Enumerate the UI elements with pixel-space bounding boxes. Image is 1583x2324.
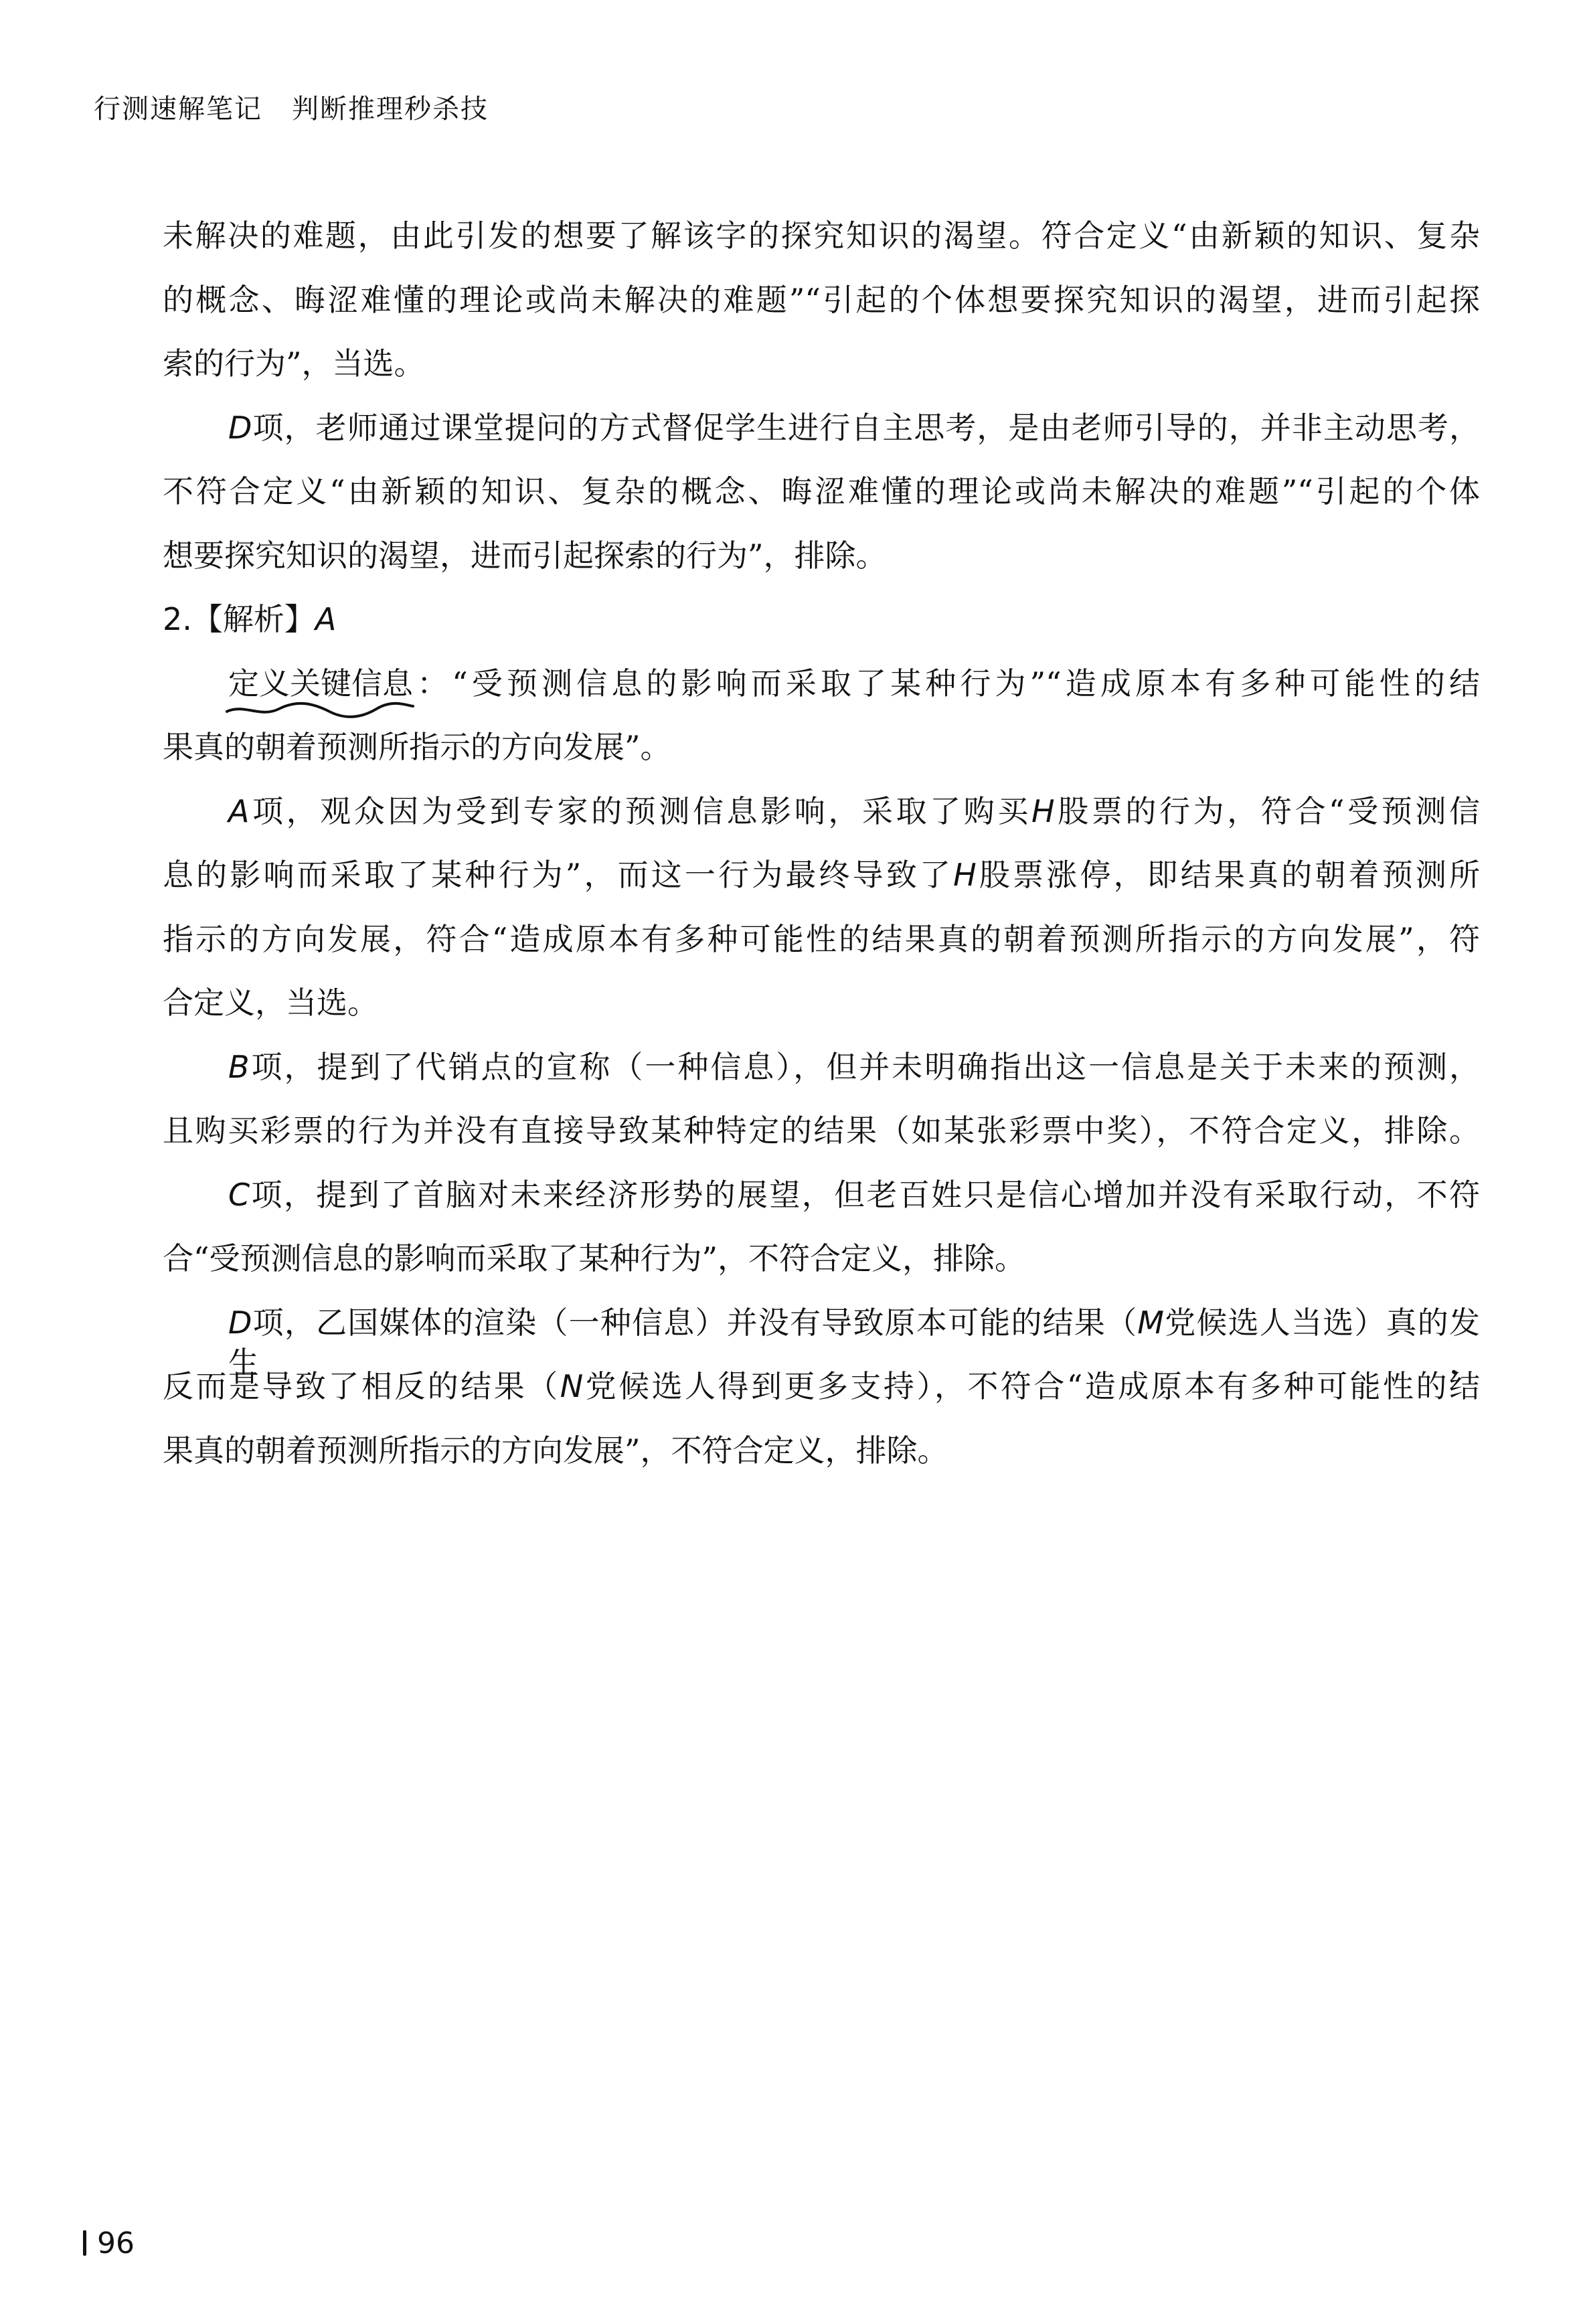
- line-text: 果真的朝着预测所指示的方向发展”，不符合定义，排除。: [163, 1432, 948, 1469]
- line-text: 未解决的难题，由此引发的想要了解该字的探究知识的渴望。符合定义“由新颖的知识、复…: [163, 218, 1480, 254]
- party-letter: N: [560, 1368, 583, 1404]
- line-text: 项，观众因为受到专家的预测信息影响，采取了购买: [249, 793, 1031, 829]
- text-line: 反而是导致了相反的结果（N党候选人得到更多支持），不符合“造成原本有多种可能性的…: [163, 1366, 1480, 1406]
- text-line: 合定义，当选。: [163, 983, 1480, 1023]
- key-info-label: 定义关键信息: [228, 665, 413, 701]
- page-number-bar: [83, 2230, 86, 2256]
- section-title: 判断推理秒杀技: [292, 94, 489, 124]
- line-text: 果真的朝着预测所指示的方向发展”。: [163, 729, 671, 765]
- line-text: 项，老师通过课堂提问的方式督促学生进行自主思考，是由老师引导的，并非主动思考，: [252, 410, 1480, 446]
- option-d-paragraph-line: D项，老师通过课堂提问的方式督促学生进行自主思考，是由老师引导的，并非主动思考，: [163, 408, 1480, 448]
- line-text: 项，提到了首脑对未来经济形势的展望，但老百姓只是信心增加并没有采取行动，不符: [250, 1177, 1480, 1213]
- line-text: 项，提到了代销点的宣称（一种信息），但并未明确指出这一信息是关于未来的预测，: [250, 1049, 1480, 1085]
- text-line: 的概念、晦涩难懂的理论或尚未解决的难题”“引起的个体想要探究知识的渴望，进而引起…: [163, 280, 1480, 320]
- key-info-label-wrap: 定义关键信息: [228, 663, 413, 703]
- text-line: 果真的朝着预测所指示的方向发展”。: [163, 727, 1480, 767]
- line-text: 合定义，当选。: [163, 985, 378, 1021]
- line-text: 党候选人得到更多支持），不符合“造成原本有多种可能性的结: [583, 1368, 1480, 1404]
- text-line: 想要探究知识的渴望，进而引起探索的行为”，排除。: [163, 535, 1480, 576]
- answer-heading: 2.【解析】A: [163, 599, 1480, 639]
- stock-letter: H: [1031, 793, 1055, 829]
- option-b-paragraph-line: B项，提到了代销点的宣称（一种信息），但并未明确指出这一信息是关于未来的预测，: [163, 1047, 1480, 1087]
- line-text: 股票的行为，符合“受预测信: [1055, 793, 1480, 829]
- option-letter: D: [228, 1305, 252, 1341]
- option-a-paragraph-line: A项，观众因为受到专家的预测信息影响，采取了购买H股票的行为，符合“受预测信: [163, 791, 1480, 831]
- text-line: 合“受预测信息的影响而采取了某种行为”，不符合定义，排除。: [163, 1238, 1480, 1278]
- page-number: 96: [83, 2226, 135, 2261]
- option-d-paragraph-line: D项，乙国媒体的渲染（一种信息）并没有导致原本可能的结果（M党候选人当选）真的发…: [163, 1303, 1480, 1343]
- line-text: 反而是导致了相反的结果（: [163, 1368, 560, 1404]
- key-info-line: 定义关键信息：“受预测信息的影响而采取了某种行为”“造成原本有多种可能性的结: [163, 663, 1480, 703]
- option-letter: B: [228, 1049, 250, 1085]
- answer-letter: A: [315, 601, 336, 637]
- text-line: 不符合定义“由新颖的知识、复杂的概念、晦涩难懂的理论或尚未解决的难题”“引起的个…: [163, 471, 1480, 511]
- line-text: ：“受预测信息的影响而采取了某种行为”“造成原本有多种可能性的结: [413, 665, 1480, 701]
- line-text: 股票涨停，即结果真的朝着预测所: [977, 857, 1480, 893]
- line-text: 合“受预测信息的影响而采取了某种行为”，不符合定义，排除。: [163, 1240, 1025, 1276]
- line-text: 索的行为”，当选。: [163, 345, 425, 382]
- line-text: 且购买彩票的行为并没有直接导致某种特定的结果（如某张彩票中奖），不符合定义，排除…: [163, 1112, 1480, 1149]
- text-line: 息的影响而采取了某种行为”，而这一行为最终导致了H股票涨停，即结果真的朝着预测所: [163, 855, 1480, 895]
- option-c-paragraph-line: C项，提到了首脑对未来经济形势的展望，但老百姓只是信心增加并没有采取行动，不符: [163, 1175, 1480, 1215]
- book-title: 行测速解笔记: [94, 94, 262, 124]
- party-letter: M: [1137, 1305, 1164, 1341]
- option-letter: A: [228, 793, 249, 829]
- text-line: 未解决的难题，由此引发的想要了解该字的探究知识的渴望。符合定义“由新颖的知识、复…: [163, 216, 1480, 256]
- book-page: 行测速解笔记判断推理秒杀技 未解决的难题，由此引发的想要了解该字的探究知识的渴望…: [0, 0, 1583, 2324]
- page-number-value: 96: [97, 2226, 135, 2260]
- text-line: 索的行为”，当选。: [163, 343, 1480, 384]
- text-line: 且购买彩票的行为并没有直接导致某种特定的结果（如某张彩票中奖），不符合定义，排除…: [163, 1110, 1480, 1151]
- stock-letter: H: [953, 857, 977, 893]
- line-text: 的概念、晦涩难懂的理论或尚未解决的难题”“引起的个体想要探究知识的渴望，进而引起…: [163, 282, 1480, 318]
- option-letter: D: [228, 410, 252, 446]
- wavy-underline-icon: [226, 701, 414, 718]
- line-text: 息的影响而采取了某种行为”，而这一行为最终导致了: [163, 857, 953, 893]
- text-line: 指示的方向发展，符合“造成原本有多种可能性的结果真的朝着预测所指示的方向发展”，…: [163, 919, 1480, 959]
- line-text: 不符合定义“由新颖的知识、复杂的概念、晦涩难懂的理论或尚未解决的难题”“引起的个…: [163, 473, 1480, 509]
- option-letter: C: [228, 1177, 250, 1213]
- running-header: 行测速解笔记判断推理秒杀技: [94, 94, 489, 124]
- line-text: 想要探究知识的渴望，进而引起探索的行为”，排除。: [163, 537, 887, 574]
- question-number: 2.: [163, 601, 192, 637]
- line-text: 指示的方向发展，符合“造成原本有多种可能性的结果真的朝着预测所指示的方向发展”，…: [163, 921, 1480, 957]
- analysis-label: 【解析】: [192, 601, 315, 637]
- line-text: 项，乙国媒体的渲染（一种信息）并没有导致原本可能的结果（: [252, 1305, 1137, 1341]
- text-line: 果真的朝着预测所指示的方向发展”，不符合定义，排除。: [163, 1430, 1480, 1471]
